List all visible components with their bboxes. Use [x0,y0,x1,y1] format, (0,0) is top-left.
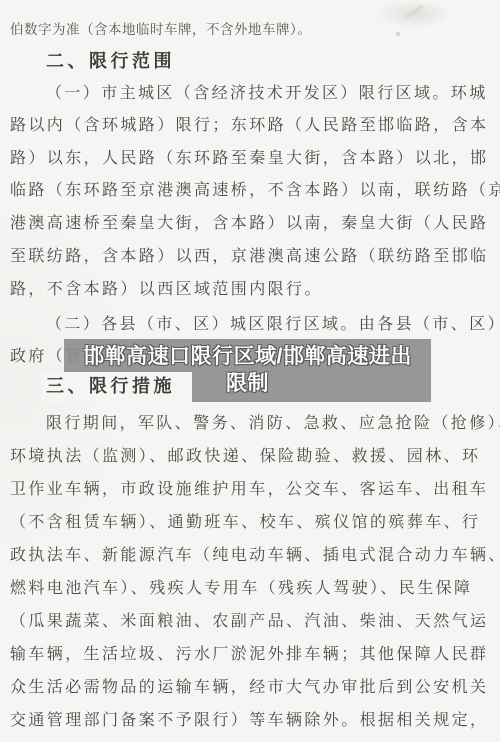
heading-patch: 三、限行措施 [42,372,192,402]
document-line: （不含租赁车辆）、通勤班车、校车、殡仪馆的殡葬车、行 [10,512,480,534]
document-line: （二）各县（市、区）城区限行区域。由各县（市、区） [46,314,500,336]
document-line: 燃料电池汽车）、残疾人专用车（残疾人驾驶）、民生保障 [10,578,472,600]
section-heading-2: 二、限行范围 [46,50,175,72]
document-line: 政执法车、新能源汽车（纯电动车辆、插电式混合动力车辆、 [10,545,500,567]
document-line: 临路（东环路至京港澳高速桥，不含本路）以南，联纺路（京 [10,180,500,202]
scan-speck-mark [396,32,400,36]
document-line: 众生活必需物品的运输车辆，经市大气办审批后到公安机关 [10,677,488,699]
document-line: 至联纺路，含本路）以西，京港澳高速公路（联纺路至邯临 [10,246,488,268]
document-page: 伯数字为准（含本地临时车牌，不含外地车牌）。 二、限行范围 （一）市主城区（含经… [0,0,500,742]
document-line: 路以内（含环城路）限行；东环路（人民路至邯临路，含本 [10,115,488,137]
document-line: （一）市主城区（含经济技术开发区）限行区域。环城 [46,83,488,105]
scan-smudge-mark [404,4,424,20]
document-line: 伯数字为准（含本地临时车牌，不含外地车牌）。 [10,19,311,41]
document-line: 路）以东，人民路（东环路至秦皇大街，含本路）以北，邯 [10,148,488,170]
document-line: 路，不含本路）以西区域范围内限行。 [10,279,323,301]
caption-text-line1: 邯郸高速口限行区域/邯郸高速进出 [64,339,431,370]
section-heading-3: 三、限行措施 [46,375,175,397]
document-line: 环境执法（监测）、邮政快递、保险勘验、救援、园林、环 [10,446,480,468]
document-line: 交通管理部门备案不予限行）等车辆除外。根据相关规定， [10,710,488,732]
document-line: 输车辆，生活垃圾、污水厂淤泥外排车辆；其他保障人民群 [10,644,488,666]
document-line: 卫作业车辆，市政设施维护用车，公交车、客运车、出租车 [10,479,488,501]
document-line: 限行期间，军队、警务、消防、急救、应急抢险（抢修）、 [46,413,500,435]
document-line: 港澳高速桥至秦皇大街，含本路）以南，秦皇大街（人民路 [10,213,488,235]
document-line: （瓜果蔬菜、米面粮油、农副产品、汽油、柴油、天然气运 [10,611,488,633]
